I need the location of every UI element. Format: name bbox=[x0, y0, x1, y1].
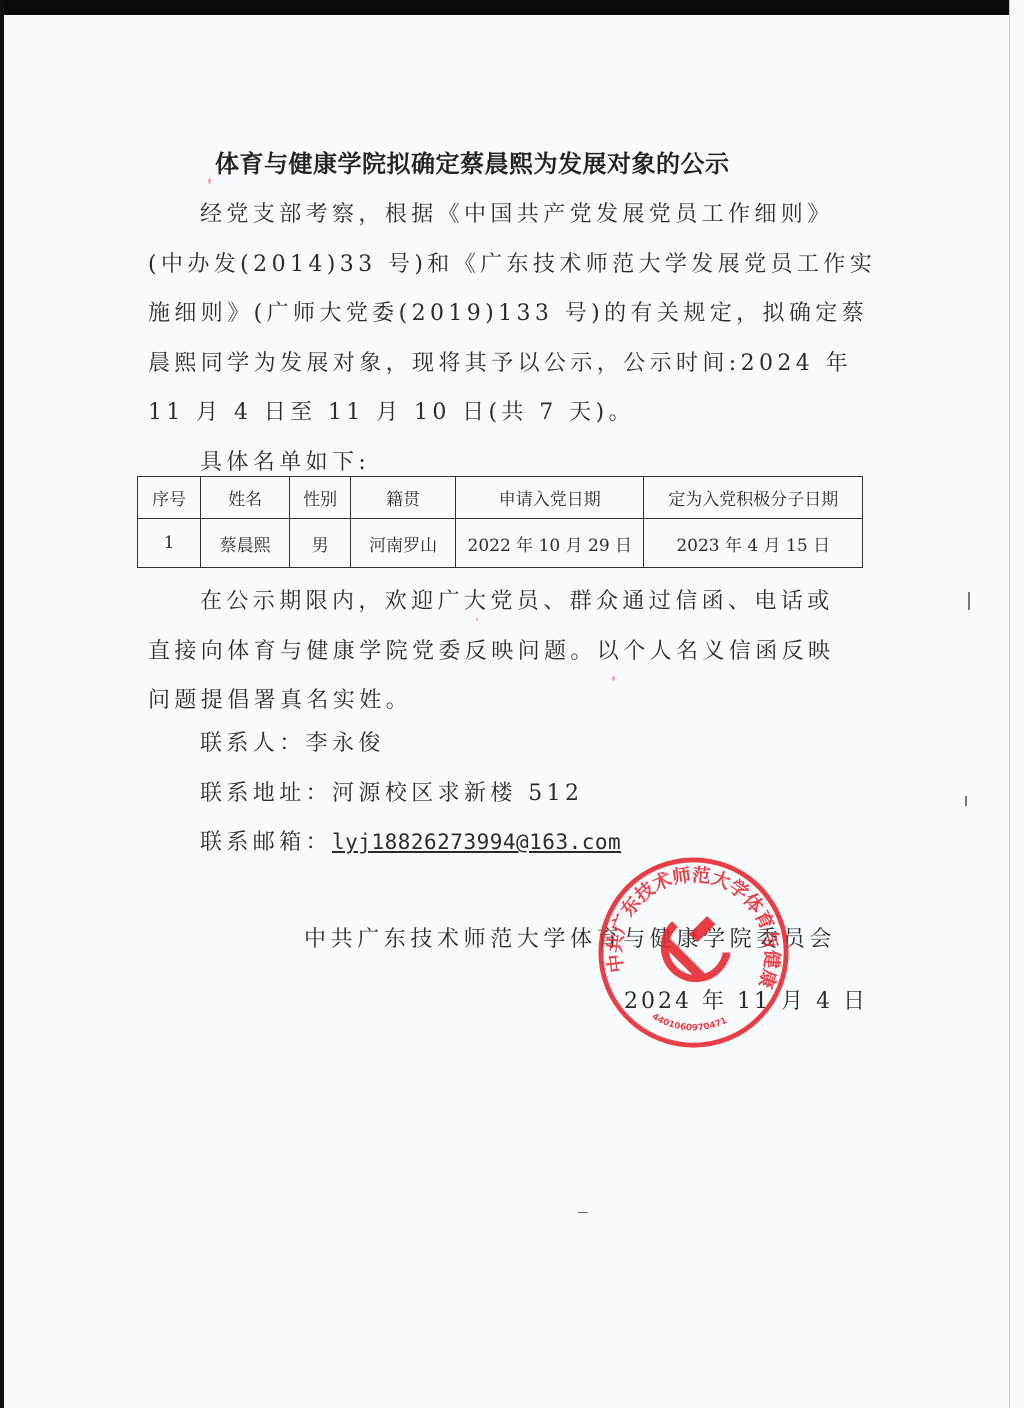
header-gender: 性别 bbox=[290, 477, 351, 519]
contact-block: 联系人：李永俊 联系地址：河源校区求新楼 512 联系邮箱：lyj1882627… bbox=[148, 719, 848, 868]
cell-application-date: 2022 年 10 月 29 日 bbox=[456, 519, 644, 568]
contact-email-label: 联系邮箱： bbox=[200, 830, 332, 855]
intro-line: (中办发(2014)33 号)和《广东技术师范大学发展党员工作实 bbox=[148, 240, 848, 290]
contact-email-link[interactable]: lyj18826273994@163.com bbox=[332, 830, 621, 854]
document-title: 体育与健康学院拟确定蔡晨熙为发展对象的公示 bbox=[215, 144, 815, 179]
intro-line: 施细则》(广师大党委(2019)133 号)的有关规定，拟确定蔡 bbox=[148, 289, 848, 339]
contact-address-value: 河源校区求新楼 512 bbox=[332, 781, 583, 806]
scan-border-top bbox=[0, 0, 1024, 15]
contact-person: 联系人：李永俊 bbox=[148, 719, 848, 769]
scan-border-left bbox=[0, 0, 4, 1408]
scanned-document-page: 体育与健康学院拟确定蔡晨熙为发展对象的公示 经党支部考察，根据《中国共产党发展党… bbox=[0, 0, 1024, 1408]
intro-paragraph: 经党支部考察，根据《中国共产党发展党员工作细则》 (中办发(2014)33 号)… bbox=[148, 190, 848, 487]
contact-address-label: 联系地址： bbox=[200, 781, 332, 806]
feedback-paragraph: 在公示期限内，欢迎广大党员、群众通过信函、电话或 直接向体育与健康学院党委反映问… bbox=[148, 577, 848, 726]
scan-mark bbox=[578, 1212, 588, 1213]
feedback-line: 直接向体育与健康学院党委反映问题。以个人名义信函反映 bbox=[148, 627, 848, 677]
intro-line: 经党支部考察，根据《中国共产党发展党员工作细则》 bbox=[148, 190, 848, 240]
cell-name: 蔡晨熙 bbox=[201, 519, 290, 568]
feedback-line: 在公示期限内，欢迎广大党员、群众通过信函、电话或 bbox=[148, 577, 848, 627]
official-seal-icon: 中共广东技术师范大学体育与健康学院委员会 4401060970471 bbox=[596, 855, 791, 1050]
scan-mark bbox=[968, 592, 970, 610]
scan-mark bbox=[965, 796, 967, 806]
cell-activist-date: 2023 年 4 月 15 日 bbox=[644, 519, 863, 568]
table-row: 1 蔡晨熙 男 河南罗山 2022 年 10 月 29 日 2023 年 4 月… bbox=[138, 519, 863, 568]
contact-address: 联系地址：河源校区求新楼 512 bbox=[148, 769, 848, 819]
header-seq: 序号 bbox=[138, 477, 201, 519]
header-application-date: 申请入党日期 bbox=[456, 477, 644, 519]
header-name: 姓名 bbox=[201, 477, 290, 519]
header-origin: 籍贯 bbox=[351, 477, 456, 519]
intro-line: 晨熙同学为发展对象，现将其予以公示，公示时间:2024 年 bbox=[148, 339, 848, 389]
table-header-row: 序号 姓名 性别 籍贯 申请入党日期 定为入党积极分子日期 bbox=[138, 477, 863, 519]
cell-gender: 男 bbox=[290, 519, 351, 568]
scan-speck bbox=[208, 178, 211, 184]
cell-seq: 1 bbox=[138, 519, 201, 568]
candidate-table: 序号 姓名 性别 籍贯 申请入党日期 定为入党积极分子日期 1 蔡晨熙 男 河南… bbox=[137, 476, 863, 568]
scan-border-right bbox=[1009, 0, 1024, 1408]
contact-person-value: 李永俊 bbox=[306, 731, 385, 756]
header-activist-date: 定为入党积极分子日期 bbox=[644, 477, 863, 519]
svg-text:4401060970471: 4401060970471 bbox=[650, 1012, 729, 1034]
contact-person-label: 联系人： bbox=[200, 731, 306, 756]
cell-origin: 河南罗山 bbox=[351, 519, 456, 568]
intro-line: 11 月 4 日至 11 月 10 日(共 7 天)。 bbox=[148, 388, 848, 438]
